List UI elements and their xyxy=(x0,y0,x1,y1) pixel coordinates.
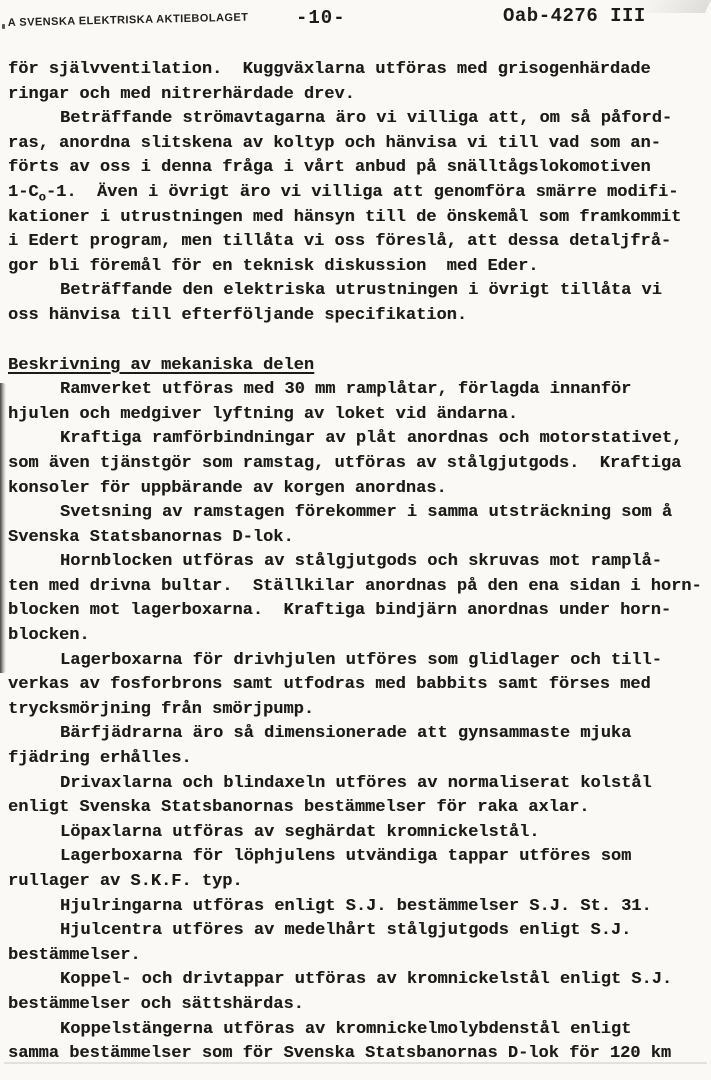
text-line: konsoler för uppbärande av korgen anordn… xyxy=(8,477,708,502)
text-line: Koppelstängerna utföras av kromnickelmol… xyxy=(8,1018,708,1043)
text-line: Hjulcentra utföres av medelhårt stålgjut… xyxy=(8,919,708,944)
text-line: Lagerboxarna för drivhjulen utföres som … xyxy=(8,649,708,674)
company-name: A SVENSKA ELEKTRISKA AKTIEBOLAGET xyxy=(8,12,249,29)
scanned-document-page: A SVENSKA ELEKTRISKA AKTIEBOLAGET -10- O… xyxy=(0,0,711,1080)
scan-speck xyxy=(2,24,5,29)
text-line: verkas av fosforbrons samt utfodras med … xyxy=(8,673,708,698)
text-line: ten med drivna bultar. Ställkilar anordn… xyxy=(8,575,708,600)
text-line: bestämmelser. xyxy=(8,944,708,969)
text-line: Beträffande den elektriska utrustningen … xyxy=(8,279,708,304)
scan-edge-artifact xyxy=(0,383,6,673)
text-line: Drivaxlarna och blindaxeln utföres av no… xyxy=(8,772,708,797)
text-line: för självventilation. Kuggväxlarna utför… xyxy=(8,58,708,83)
text-line: trycksmörjning från smörjpump. xyxy=(8,698,708,723)
text-line: Kraftiga ramförbindningar av plåt anordn… xyxy=(8,427,708,452)
text-line: blocken mot lagerboxarna. Kraftiga bindj… xyxy=(8,599,708,624)
text-line: Svenska Statsbanornas D-lok. xyxy=(8,526,708,551)
text-line: samma bestämmelser som för Svenska Stats… xyxy=(8,1042,708,1067)
text-line: Ramverket utföras med 30 mm ramplåtar, f… xyxy=(8,378,708,403)
text-line: hjulen och medgiver lyftning av loket vi… xyxy=(8,403,708,428)
section-heading: Beskrivning av mekaniska delen xyxy=(8,354,708,379)
typewriter-body: för självventilation. Kuggväxlarna utför… xyxy=(8,58,708,1067)
text-line: Svetsning av ramstagen förekommer i samm… xyxy=(8,501,708,526)
text-line: som även tjänstgör som ramstag, utföras … xyxy=(8,452,708,477)
text-line: Hjulringarna utföras enligt S.J. bestämm… xyxy=(8,895,708,920)
document-reference: Oab-4276 III xyxy=(503,5,646,27)
text-line: Hornblocken utföras av stålgjutgods och … xyxy=(8,550,708,575)
text-line: enligt Svenska Statsbanornas bestämmelse… xyxy=(8,796,708,821)
text-line: Lagerboxarna för löphjulens utvändiga ta… xyxy=(8,845,708,870)
text-line: 1-Co-1. Även i övrigt äro vi villiga att… xyxy=(8,181,708,206)
text-line: förts av oss i denna fråga i vårt anbud … xyxy=(8,156,708,181)
text-line: ringar och med nitrerhärdade drev. xyxy=(8,83,708,108)
text-line: i Edert program, men tillåta vi oss före… xyxy=(8,230,708,255)
page-number: -10- xyxy=(296,7,346,29)
text-line: bestämmelser och sättshärdas. xyxy=(8,993,708,1018)
text-line: Koppel- och drivtappar utföras av kromni… xyxy=(8,968,708,993)
text-line: gor bli föremål för en teknisk diskussio… xyxy=(8,255,708,280)
text-line: oss hänvisa till efterföljande specifika… xyxy=(8,304,708,329)
text-line: Beträffande strömavtagarna äro vi villig… xyxy=(8,107,708,132)
text-line: Löpaxlarna utföras av seghärdat kromnick… xyxy=(8,821,708,846)
text-line: blocken. xyxy=(8,624,708,649)
text-line: kationer i utrustningen med hänsyn till … xyxy=(8,206,708,231)
text-line: rullager av S.K.F. typ. xyxy=(8,870,708,895)
text-line: ras, anordna slitskena av koltyp och hän… xyxy=(8,132,708,157)
text-line: fjädring erhålles. xyxy=(8,747,708,772)
text-line: Bärfjädrarna äro så dimensionerade att g… xyxy=(8,722,708,747)
